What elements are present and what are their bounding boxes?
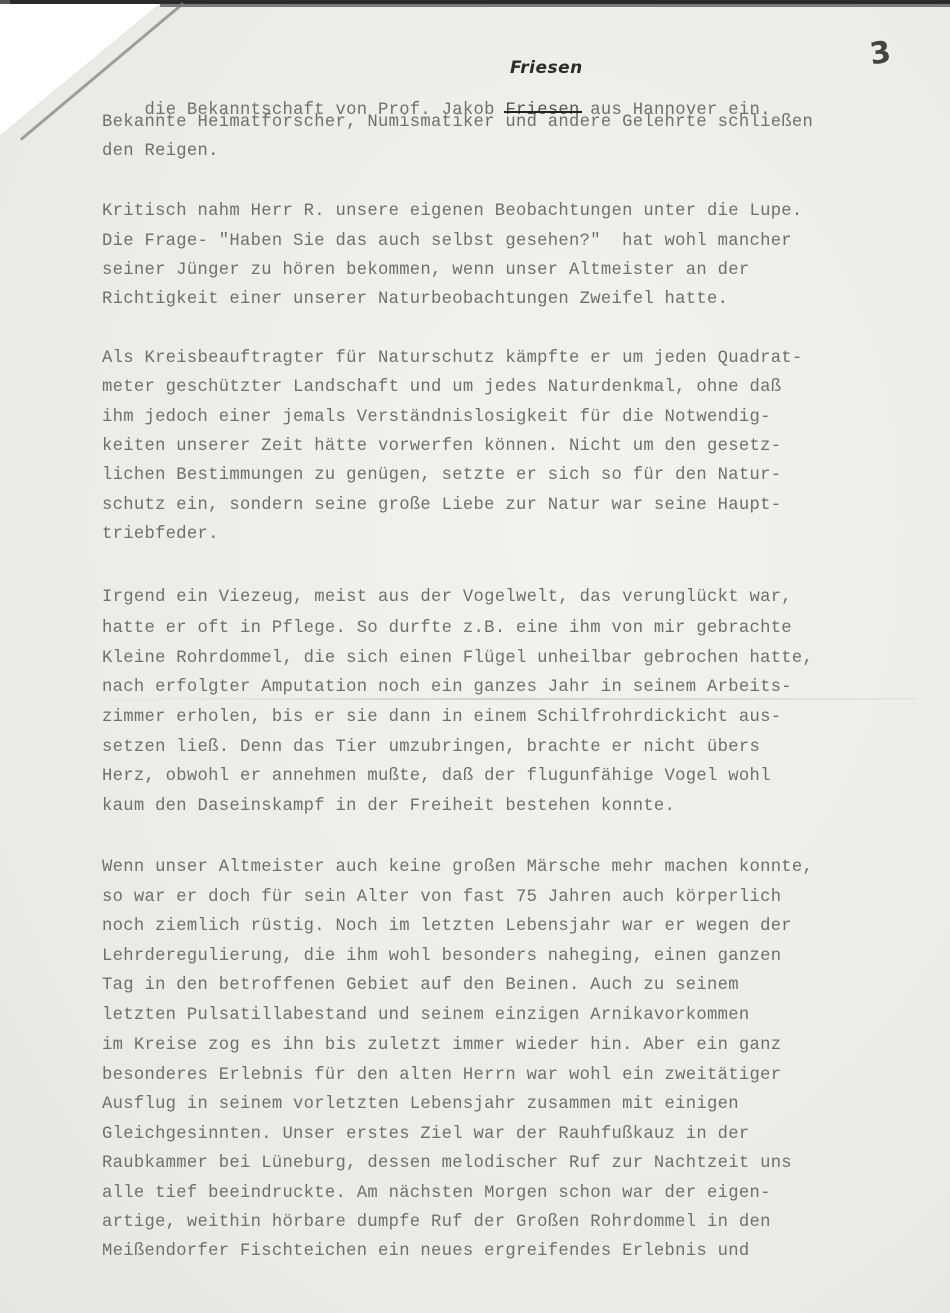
text-line: ihm jedoch einer jemals Verständnislosig…	[102, 408, 771, 427]
text-line: Tag in den betroffenen Gebiet auf den Be…	[102, 976, 739, 995]
text-line: besonderes Erlebnis für den alten Herrn …	[102, 1066, 781, 1085]
handwritten-correction: Friesen	[510, 58, 583, 78]
text-line: setzen ließ. Denn das Tier umzubringen, …	[102, 738, 760, 757]
text-line: hatte er oft in Pflege. So durfte z.B. e…	[102, 619, 792, 638]
text-line: Lehrderegulierung, die ihm wohl besonder…	[102, 947, 781, 966]
text-line: so war er doch für sein Alter von fast 7…	[102, 888, 781, 907]
text-line: Herz, obwohl er annehmen mußte, daß der …	[102, 767, 771, 786]
text-line: Richtigkeit einer unserer Naturbeobachtu…	[102, 290, 728, 309]
text-line: Die Frage- "Haben Sie das auch selbst ge…	[102, 232, 792, 251]
text-line: nach erfolgter Amputation noch ein ganze…	[102, 678, 792, 697]
text-line: kaum den Daseinskampf in der Freiheit be…	[102, 797, 675, 816]
text-line: Bekannte Heimatforscher, Numismatiker un…	[102, 113, 813, 132]
text-line: Kritisch nahm Herr R. unsere eigenen Beo…	[102, 202, 803, 221]
text-line: Gleichgesinnten. Unser erstes Ziel war d…	[102, 1125, 749, 1144]
text-line: artige, weithin hörbare dumpfe Ruf der G…	[102, 1213, 771, 1232]
text-line: Meißendorfer Fischteichen ein neues ergr…	[102, 1242, 749, 1261]
text-line: Raubkammer bei Lüneburg, dessen melodisc…	[102, 1154, 792, 1173]
text-line: Wenn unser Altmeister auch keine großen …	[102, 858, 813, 877]
text-line: noch ziemlich rüstig. Noch im letzten Le…	[102, 917, 792, 936]
text-line: meter geschützter Landschaft und um jede…	[102, 378, 781, 397]
text-line: schutz ein, sondern seine große Liebe zu…	[102, 496, 781, 515]
text-line: den Reigen.	[102, 142, 219, 161]
text-line: seiner Jünger zu hören bekommen, wenn un…	[102, 261, 749, 280]
text-line: im Kreise zog es ihn bis zuletzt immer w…	[102, 1036, 781, 1055]
text-line: Irgend ein Viezeug, meist aus der Vogelw…	[102, 588, 792, 607]
text-line: zimmer erholen, bis er sie dann in einem…	[102, 708, 781, 727]
text-line: keiten unserer Zeit hätte vorwerfen könn…	[102, 437, 781, 456]
text-line: Kleine Rohrdommel, die sich einen Flügel…	[102, 649, 813, 668]
text-line: alle tief beeindruckte. Am nächsten Morg…	[102, 1184, 771, 1203]
text-line: lichen Bestimmungen zu genügen, setzte e…	[102, 466, 781, 485]
text-line: triebfeder.	[102, 525, 219, 544]
text-line: Ausflug in seinem vorletzten Lebensjahr …	[102, 1095, 739, 1114]
text-line: Als Kreisbeauftragter für Naturschutz kä…	[102, 349, 803, 368]
paper-crease	[96, 698, 916, 700]
page-top-edge	[160, 4, 950, 7]
text-line: letzten Pulsatillabestand und seinem ein…	[102, 1006, 749, 1025]
